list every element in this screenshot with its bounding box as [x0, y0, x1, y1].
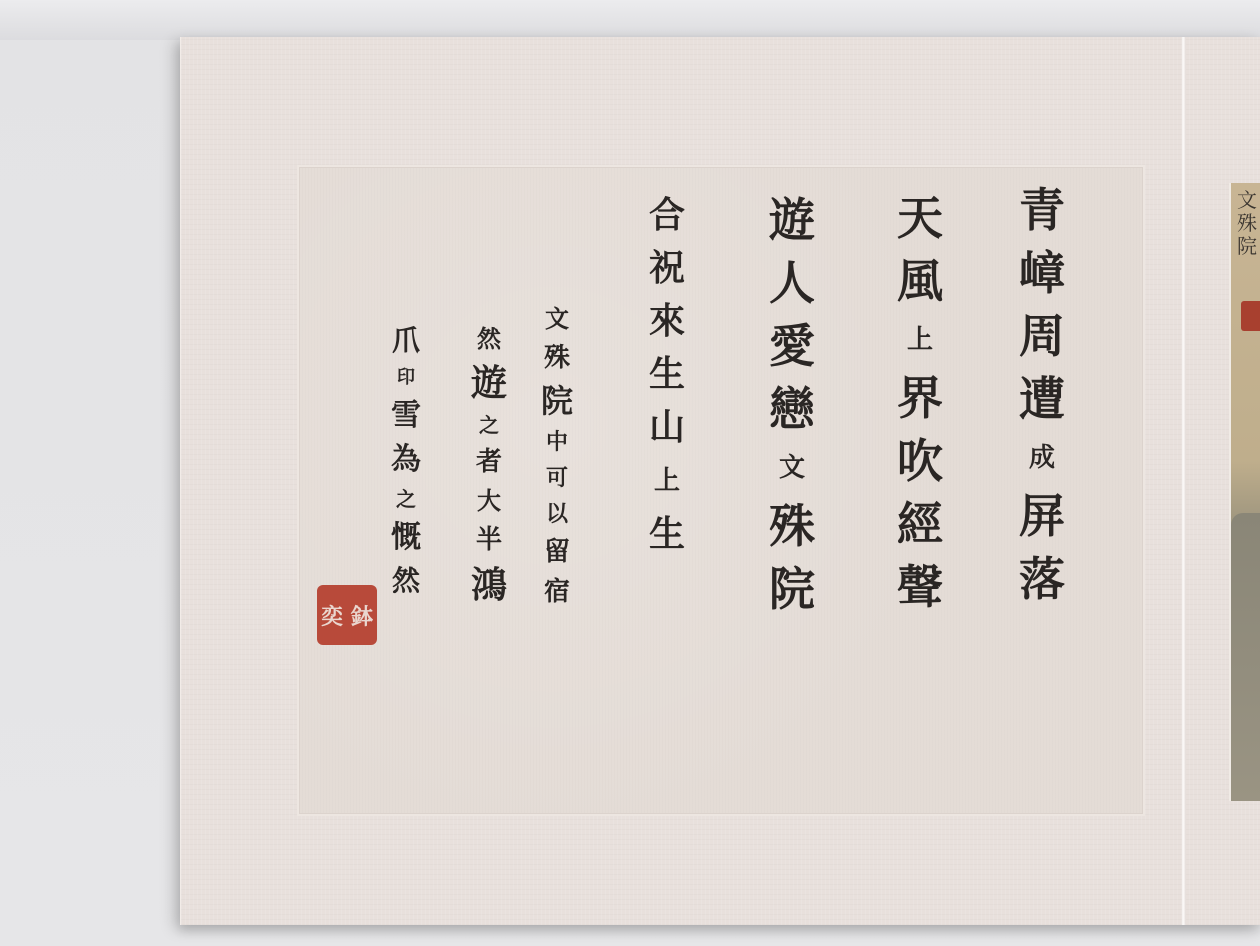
char: 上: [907, 327, 933, 353]
char: 然: [477, 327, 501, 351]
inscription-column-3: 爪 印 雪 為 之 慨 然: [391, 327, 421, 609]
char: 合: [649, 197, 685, 233]
char: 上: [654, 468, 680, 494]
poem-column-2: 天 風 上 界 吹 經 聲: [897, 195, 943, 627]
poem-column-3: 遊 人 愛 戀 文 殊 院: [769, 197, 815, 629]
char: 鴻: [471, 567, 507, 603]
char: 殊: [544, 345, 570, 371]
char: 殊: [1237, 212, 1257, 235]
char: 院: [1237, 235, 1257, 258]
char: 界: [897, 375, 943, 421]
char: 院: [541, 385, 573, 417]
inscription-column-1: 文 殊 院 中 可 以 留 宿: [541, 307, 573, 619]
char: 文: [779, 455, 805, 481]
char: 生: [649, 356, 685, 392]
char: 聲: [897, 564, 943, 610]
char: 者: [476, 449, 502, 475]
char: 來: [649, 303, 685, 339]
char: 愛: [769, 323, 815, 369]
char: 殊: [769, 503, 815, 549]
char: 印: [397, 369, 415, 387]
char: 周: [1019, 313, 1065, 359]
album-fold-seam: [1182, 37, 1186, 925]
poem-column-1: 青 嶂 周 遭 成 屏 落: [1019, 187, 1065, 619]
char: 以: [546, 503, 568, 525]
char: 落: [1019, 556, 1065, 602]
inscription-column-2: 然 遊 之 者 大 半 鴻: [471, 327, 507, 617]
char: 然: [392, 567, 420, 595]
seal-char: 奕: [321, 600, 343, 631]
char: 之: [396, 489, 416, 509]
char: 風: [897, 258, 943, 304]
char: 院: [769, 566, 815, 612]
char: 成: [1029, 445, 1055, 471]
char: 慨: [391, 523, 421, 553]
char: 青: [1019, 187, 1065, 233]
album-page-mount: 青 嶂 周 遭 成 屏 落 天 風 上 界 吹 經 聲 遊 人 愛 戀 文 殊 …: [180, 37, 1260, 925]
char: 文: [1237, 189, 1257, 212]
char: 宿: [544, 579, 570, 605]
calligraphy-leaf: 青 嶂 周 遭 成 屏 落 天 風 上 界 吹 經 聲 遊 人 愛 戀 文 殊 …: [297, 165, 1145, 816]
mountain-silhouette: [1231, 513, 1260, 801]
char: 大: [477, 489, 501, 513]
char: 天: [897, 195, 943, 241]
char: 為: [391, 445, 421, 475]
char: 遊: [471, 365, 507, 401]
painting-seal: [1241, 301, 1260, 331]
char: 可: [546, 467, 568, 489]
backdrop: [0, 0, 1260, 40]
char: 祝: [649, 250, 685, 286]
char: 爪: [392, 327, 420, 355]
char: 留: [544, 539, 570, 565]
char: 吹: [897, 438, 943, 484]
char: 遊: [769, 197, 815, 243]
char: 遭: [1019, 376, 1065, 422]
char: 半: [476, 527, 502, 553]
char: 之: [479, 415, 499, 435]
char: 生: [649, 516, 685, 552]
adjacent-painting-panel: 文 殊 院: [1229, 183, 1260, 801]
char: 屏: [1019, 493, 1065, 539]
char: 嶂: [1019, 250, 1065, 296]
char: 戀: [769, 386, 815, 432]
char: 雪: [391, 401, 421, 431]
char: 山: [649, 409, 685, 445]
char: 文: [545, 307, 569, 331]
red-seal: 奕 鉢: [317, 585, 377, 645]
poem-column-4: 合 祝 來 生 山 上 生: [649, 197, 685, 569]
painting-title-inscription: 文 殊 院: [1237, 189, 1257, 258]
seal-char: 鉢: [351, 600, 373, 631]
char: 中: [546, 431, 568, 453]
char: 經: [897, 501, 943, 547]
char: 人: [769, 260, 815, 306]
